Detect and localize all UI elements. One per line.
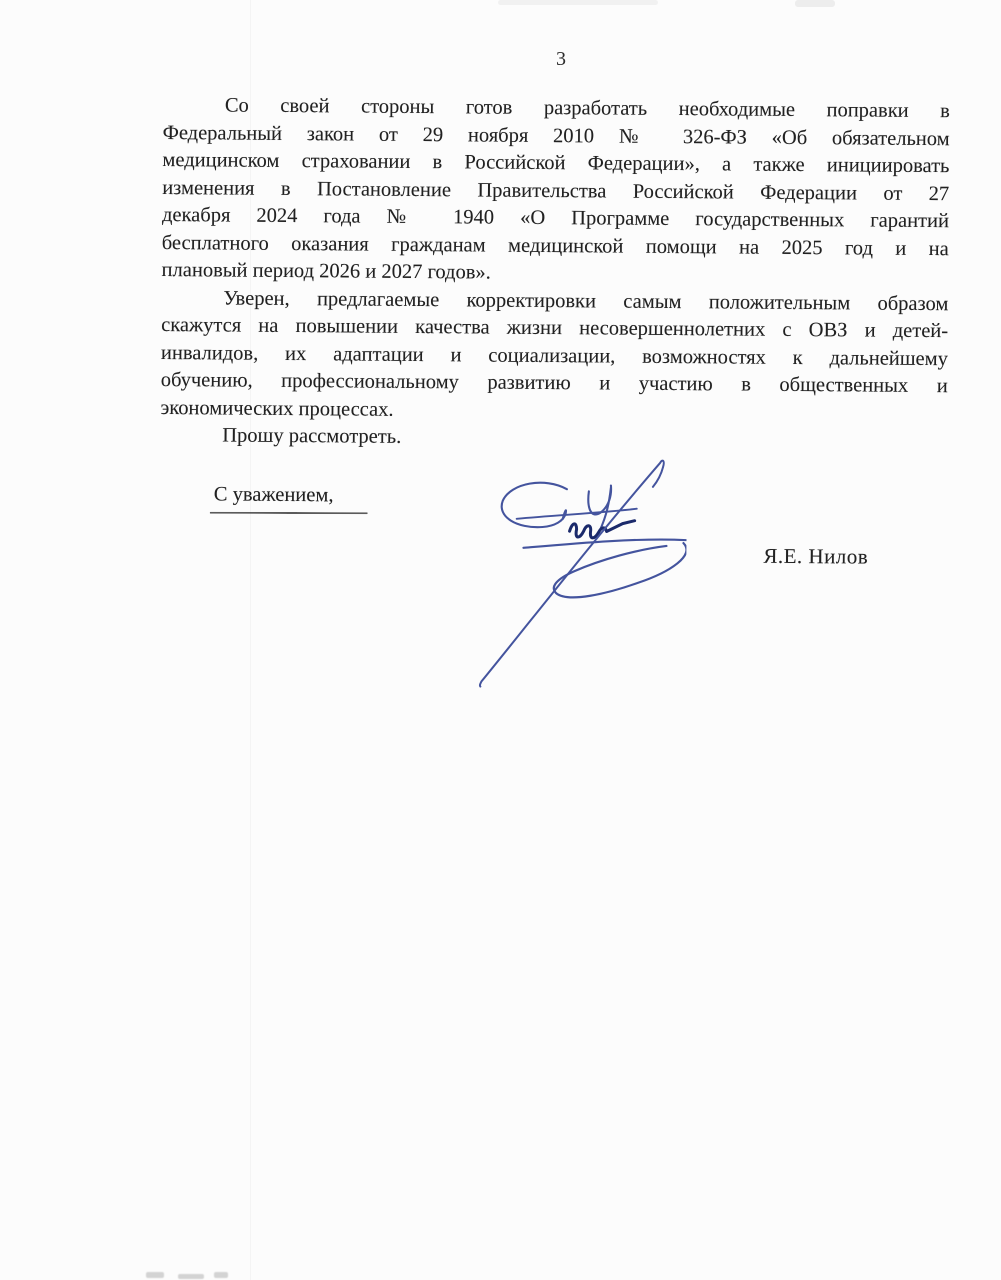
signer-name: Я.Е. Нилов: [763, 543, 868, 571]
scanned-letter-page: 3 Со своей стороны готов разработать нео…: [0, 0, 1001, 1280]
page-number: 3: [546, 48, 576, 71]
signature-bowl-stroke: [554, 542, 687, 598]
scan-artifact-bottom-mark: [214, 1272, 228, 1278]
handwritten-signature-icon: [455, 450, 687, 704]
valediction-underline: [210, 512, 368, 514]
scan-artifact-bottom-mark: [178, 1274, 204, 1279]
letter-body: Со своей стороны готов разработать необх…: [160, 92, 950, 519]
scan-artifact-top-smudge: [795, 0, 835, 7]
signature-loop-stroke: [502, 482, 567, 527]
scan-artifact-top-smudge: [498, 0, 658, 5]
scan-artifact-bottom-mark: [146, 1272, 164, 1278]
signature-crossbar-stroke: [517, 508, 637, 520]
